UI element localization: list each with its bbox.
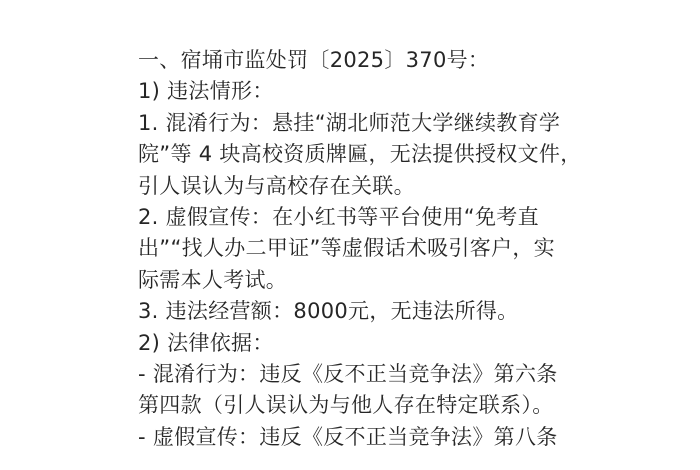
text-line: 际需本人考试。 <box>138 265 618 296</box>
text-line: 1. 混淆行为：悬挂“湖北师范大学继续教育学 <box>138 108 618 139</box>
violation-item-confusion: 1. 混淆行为：悬挂“湖北师范大学继续教育学 院”等 4 块高校资质牌匾，无法提… <box>138 108 618 202</box>
legal-basis-confusion: - 混淆行为：违反《反不正当竞争法》第六条 第四款（引人误认为与他人存在特定联系… <box>138 359 618 422</box>
text-line: - 虚假宣传：违反《反不正当竞争法》第八条 <box>138 422 618 453</box>
section-title-legal-basis: 2) 法律依据： <box>138 328 618 359</box>
section-title-violations: 1) 违法情形： <box>138 76 618 107</box>
document-heading: 一、宿埇市监处罚〔2025〕370号： <box>138 45 618 76</box>
text-line: 2. 虚假宣传：在小红书等平台使用“免考直 <box>138 202 618 233</box>
legal-basis-false-advertising: - 虚假宣传：违反《反不正当竞争法》第八条 <box>138 422 618 453</box>
violation-item-revenue: 3. 违法经营额：8000元，无违法所得。 <box>138 296 618 327</box>
text-line: 3. 违法经营额：8000元，无违法所得。 <box>138 296 618 327</box>
text-line: - 混淆行为：违反《反不正当竞争法》第六条 <box>138 359 618 390</box>
violation-item-false-advertising: 2. 虚假宣传：在小红书等平台使用“免考直 出”“找人办二甲证”等虚假话术吸引客… <box>138 202 618 296</box>
text-line: 第四款（引人误认为与他人存在特定联系）。 <box>138 390 618 421</box>
text-line: 出”“找人办二甲证”等虚假话术吸引客户，实 <box>138 233 618 264</box>
text-line: 引人误认为与高校存在关联。 <box>138 171 618 202</box>
document-body: 一、宿埇市监处罚〔2025〕370号： 1) 违法情形： 1. 混淆行为：悬挂“… <box>138 45 618 453</box>
text-line: 院”等 4 块高校资质牌匾，无法提供授权文件， <box>138 139 618 170</box>
